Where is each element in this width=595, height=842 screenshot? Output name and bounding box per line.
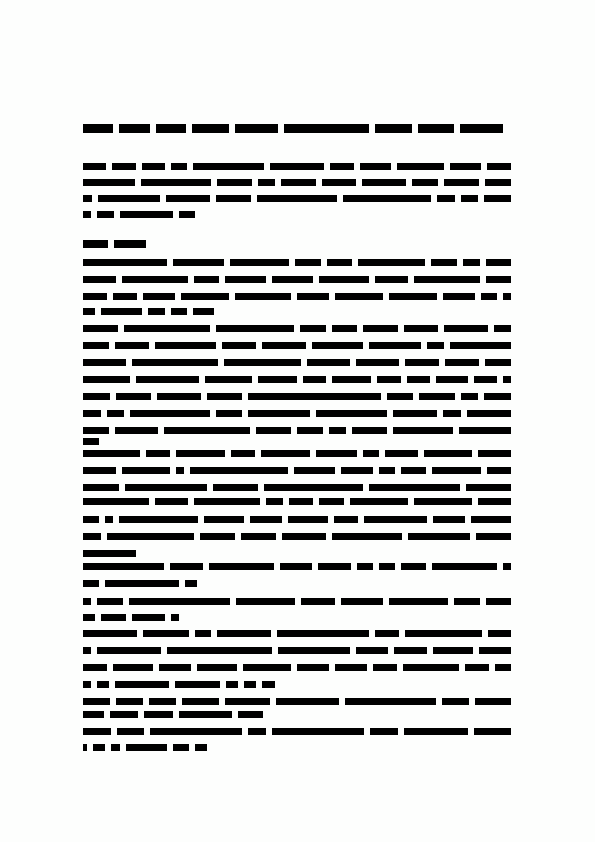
word-block (394, 647, 426, 654)
word-block (375, 630, 398, 637)
word-block (243, 664, 291, 671)
word-block (444, 179, 479, 186)
word-block (149, 698, 176, 705)
word-block (257, 195, 337, 202)
word-block (83, 598, 91, 605)
word-block (83, 259, 167, 266)
text-line (83, 743, 207, 751)
word-block (288, 516, 328, 523)
word-block (116, 698, 143, 705)
word-block (244, 681, 256, 688)
word-block (110, 711, 139, 718)
word-block (205, 376, 252, 383)
word-block (478, 498, 511, 505)
word-block (486, 598, 511, 605)
word-block (136, 376, 199, 383)
word-block (404, 325, 439, 332)
word-block (375, 276, 408, 283)
word-block (461, 195, 479, 202)
word-block (503, 293, 511, 300)
word-block (303, 376, 326, 383)
word-block (465, 664, 489, 671)
word-block (363, 450, 379, 457)
word-block (225, 276, 266, 283)
word-block (262, 342, 305, 349)
text-line (83, 710, 263, 718)
word-block (454, 598, 479, 605)
word-block (432, 467, 481, 474)
word-block (357, 563, 373, 570)
word-block (432, 563, 497, 570)
text-line (83, 392, 511, 400)
word-block (433, 516, 465, 523)
text-line (83, 597, 511, 605)
word-block (194, 498, 260, 505)
word-block (369, 484, 459, 491)
word-block (195, 630, 210, 637)
word-block (319, 276, 369, 283)
word-block (461, 393, 479, 400)
word-block (171, 163, 187, 170)
word-block (83, 211, 91, 218)
word-block (105, 580, 179, 587)
word-block (141, 179, 211, 186)
word-block (83, 376, 130, 383)
word-block (83, 563, 164, 570)
word-block (83, 614, 95, 621)
word-block (327, 259, 352, 266)
word-block (486, 276, 511, 283)
word-block (319, 498, 344, 505)
word-block (129, 598, 230, 605)
word-block (157, 393, 201, 400)
word-block (209, 563, 274, 570)
word-block (230, 259, 289, 266)
word-block (83, 664, 107, 671)
word-block (83, 516, 99, 523)
word-block (170, 563, 203, 570)
word-block (132, 614, 165, 621)
word-block (155, 342, 215, 349)
word-block (238, 711, 263, 718)
word-block (272, 728, 364, 735)
word-block (155, 498, 188, 505)
word-block (83, 342, 109, 349)
word-block (241, 533, 276, 540)
word-block (111, 744, 119, 751)
word-block (182, 698, 218, 705)
word-block (485, 359, 511, 366)
word-block (442, 698, 469, 705)
text-line (83, 162, 511, 170)
word-block (83, 308, 95, 315)
word-block (387, 393, 414, 400)
word-block (97, 647, 161, 654)
word-block (225, 698, 270, 705)
word-block (379, 467, 395, 474)
word-block (481, 293, 497, 300)
word-block (148, 308, 164, 315)
word-block (83, 498, 149, 505)
text-line (83, 549, 136, 557)
word-block (124, 325, 210, 332)
word-block (352, 427, 387, 434)
word-block (405, 359, 439, 366)
word-block (276, 698, 339, 705)
word-block (185, 580, 197, 587)
word-block (248, 728, 266, 735)
word-block (120, 211, 173, 218)
word-block (115, 427, 158, 434)
word-block (335, 293, 383, 300)
word-block (266, 498, 283, 505)
word-block (83, 630, 137, 637)
word-block (130, 410, 210, 417)
word-block (207, 393, 242, 400)
word-block (330, 163, 353, 170)
text-line (83, 307, 214, 315)
word-block (272, 276, 313, 283)
word-block (146, 450, 170, 457)
word-block (192, 124, 229, 133)
word-block (295, 259, 320, 266)
word-block (332, 376, 371, 383)
word-block (83, 580, 99, 587)
text-line (83, 194, 511, 202)
word-block (312, 342, 364, 349)
word-block (369, 342, 421, 349)
word-block (350, 498, 408, 505)
word-block (485, 179, 511, 186)
word-block (193, 308, 214, 315)
word-block (407, 376, 430, 383)
word-block (119, 516, 199, 523)
word-block (83, 427, 109, 434)
text-line (83, 646, 511, 654)
word-block (436, 376, 467, 383)
word-block (418, 124, 455, 133)
word-block (329, 427, 346, 434)
word-block (486, 259, 511, 266)
word-block (216, 195, 251, 202)
word-block (83, 744, 87, 751)
word-block (397, 163, 444, 170)
word-block (487, 163, 510, 170)
word-block (258, 376, 297, 383)
word-block (487, 467, 511, 474)
word-block (226, 681, 238, 688)
word-block (115, 681, 168, 688)
word-block (235, 124, 278, 133)
word-block (322, 179, 357, 186)
word-block (93, 744, 105, 751)
word-block (476, 533, 511, 540)
word-block (175, 681, 220, 688)
word-block (282, 533, 326, 540)
word-block (300, 325, 326, 332)
word-block (216, 410, 243, 417)
word-block (401, 467, 425, 474)
word-block (389, 598, 448, 605)
word-block (370, 728, 398, 735)
word-block (494, 325, 511, 332)
word-block (204, 516, 244, 523)
text-line (83, 275, 511, 283)
word-block (280, 563, 313, 570)
word-block (164, 427, 250, 434)
word-block (503, 376, 511, 383)
text-line (83, 727, 511, 735)
word-block (364, 516, 428, 523)
word-block (101, 308, 142, 315)
word-block (414, 498, 472, 505)
word-block (224, 359, 301, 366)
word-block (116, 393, 151, 400)
word-block (419, 393, 454, 400)
word-block (83, 393, 110, 400)
word-block (176, 450, 225, 457)
text-line (83, 663, 511, 671)
word-block (97, 598, 122, 605)
word-block (294, 467, 335, 474)
word-block (460, 124, 503, 133)
word-block (316, 410, 387, 417)
word-block (117, 728, 145, 735)
word-block (284, 124, 369, 133)
word-block (173, 259, 224, 266)
word-block (445, 359, 479, 366)
text-line (83, 613, 179, 621)
word-block (113, 293, 137, 300)
word-block (334, 516, 358, 523)
text-line (83, 697, 511, 705)
word-block (467, 410, 511, 417)
word-block (414, 276, 480, 283)
word-block (281, 179, 316, 186)
word-block (377, 376, 400, 383)
word-block (356, 359, 399, 366)
word-block (316, 450, 357, 457)
text-line (83, 466, 511, 474)
word-block (373, 664, 397, 671)
word-block (222, 342, 257, 349)
word-block (193, 163, 263, 170)
word-block (101, 614, 126, 621)
word-block (404, 728, 468, 735)
word-block (107, 410, 125, 417)
word-block (474, 376, 497, 383)
text-line (83, 562, 511, 570)
word-block (443, 293, 475, 300)
word-block (83, 681, 91, 688)
text-line (83, 532, 511, 540)
word-block (393, 427, 453, 434)
word-block (142, 163, 165, 170)
text-line (83, 515, 511, 523)
word-block (431, 259, 456, 266)
word-block (83, 240, 108, 248)
word-block (83, 698, 110, 705)
word-block (301, 598, 335, 605)
word-block (122, 467, 171, 474)
word-block (126, 744, 167, 751)
word-block (475, 698, 511, 705)
word-block (97, 681, 109, 688)
word-block (427, 342, 444, 349)
word-block (297, 664, 329, 671)
word-block (83, 647, 91, 654)
word-block (450, 163, 481, 170)
word-block (83, 359, 126, 366)
word-block (250, 516, 282, 523)
word-block (195, 744, 207, 751)
word-block (278, 647, 350, 654)
word-block (217, 179, 252, 186)
word-block (343, 195, 431, 202)
word-block (356, 647, 388, 654)
word-block (200, 533, 235, 540)
word-block (231, 450, 255, 457)
word-block (179, 211, 195, 218)
word-block (484, 393, 511, 400)
word-block (173, 744, 189, 751)
text-line (83, 292, 511, 300)
word-block (83, 179, 135, 186)
word-block (159, 664, 191, 671)
text-line (83, 437, 99, 445)
word-block (171, 614, 179, 621)
word-block (83, 728, 111, 735)
section-heading (83, 240, 146, 248)
text-line (83, 449, 511, 457)
word-block (83, 550, 136, 557)
text-line (83, 409, 511, 417)
word-block (83, 711, 104, 718)
word-block (433, 647, 473, 654)
text-line (83, 358, 511, 366)
word-block (248, 410, 310, 417)
word-block (150, 728, 242, 735)
word-block (459, 427, 511, 434)
text-line (83, 341, 511, 349)
word-block (83, 484, 119, 491)
word-block (360, 163, 391, 170)
word-block (216, 325, 294, 332)
word-block (248, 393, 381, 400)
word-block (256, 427, 291, 434)
word-block (83, 124, 113, 133)
word-block (83, 195, 92, 202)
word-block (217, 630, 271, 637)
text-line (83, 375, 511, 383)
word-block (119, 124, 149, 133)
word-block (197, 664, 237, 671)
word-block (345, 698, 435, 705)
text-line (83, 426, 511, 434)
word-block (235, 293, 291, 300)
word-block (113, 664, 153, 671)
word-block (479, 647, 511, 654)
word-block (83, 438, 99, 445)
word-block (318, 563, 351, 570)
word-block (98, 195, 160, 202)
word-block (297, 293, 329, 300)
text-line (83, 497, 511, 505)
word-block (363, 325, 398, 332)
word-block (341, 598, 383, 605)
word-block (179, 711, 232, 718)
word-block (307, 359, 350, 366)
word-block (412, 179, 438, 186)
word-block (289, 498, 314, 505)
word-block (194, 276, 219, 283)
word-block (341, 467, 374, 474)
word-block (495, 664, 511, 671)
word-block (443, 410, 461, 417)
word-block (176, 467, 184, 474)
word-block (114, 240, 147, 248)
text-line (83, 258, 511, 266)
word-block (444, 325, 487, 332)
word-block (408, 533, 469, 540)
word-block (405, 630, 482, 637)
word-block (463, 259, 480, 266)
word-block (262, 681, 274, 688)
word-block (166, 195, 210, 202)
word-block (97, 211, 113, 218)
text-line (83, 579, 197, 587)
word-block (143, 630, 189, 637)
word-block (393, 410, 437, 417)
word-block (362, 179, 405, 186)
word-block (83, 450, 140, 457)
word-block (424, 450, 473, 457)
word-block (389, 293, 437, 300)
word-block (112, 163, 135, 170)
text-line (83, 178, 511, 186)
word-block (83, 467, 116, 474)
text-line (83, 680, 275, 688)
document-title (83, 124, 503, 132)
word-block (171, 308, 187, 315)
word-block (277, 630, 370, 637)
word-block (83, 163, 106, 170)
word-block (213, 484, 258, 491)
word-block (484, 195, 511, 202)
word-block (115, 342, 150, 349)
word-block (83, 293, 107, 300)
word-block (332, 325, 358, 332)
word-block (358, 259, 426, 266)
word-block (450, 342, 510, 349)
word-block (125, 484, 206, 491)
word-block (332, 533, 402, 540)
word-block (437, 195, 455, 202)
word-block (466, 484, 511, 491)
word-block (144, 711, 173, 718)
word-block (403, 664, 459, 671)
word-block (503, 563, 511, 570)
word-block (488, 630, 511, 637)
word-block (297, 427, 323, 434)
word-block (83, 276, 116, 283)
word-block (132, 359, 218, 366)
word-block (122, 276, 188, 283)
word-block (105, 516, 113, 523)
word-block (143, 293, 175, 300)
word-block (379, 563, 395, 570)
word-block (335, 664, 367, 671)
